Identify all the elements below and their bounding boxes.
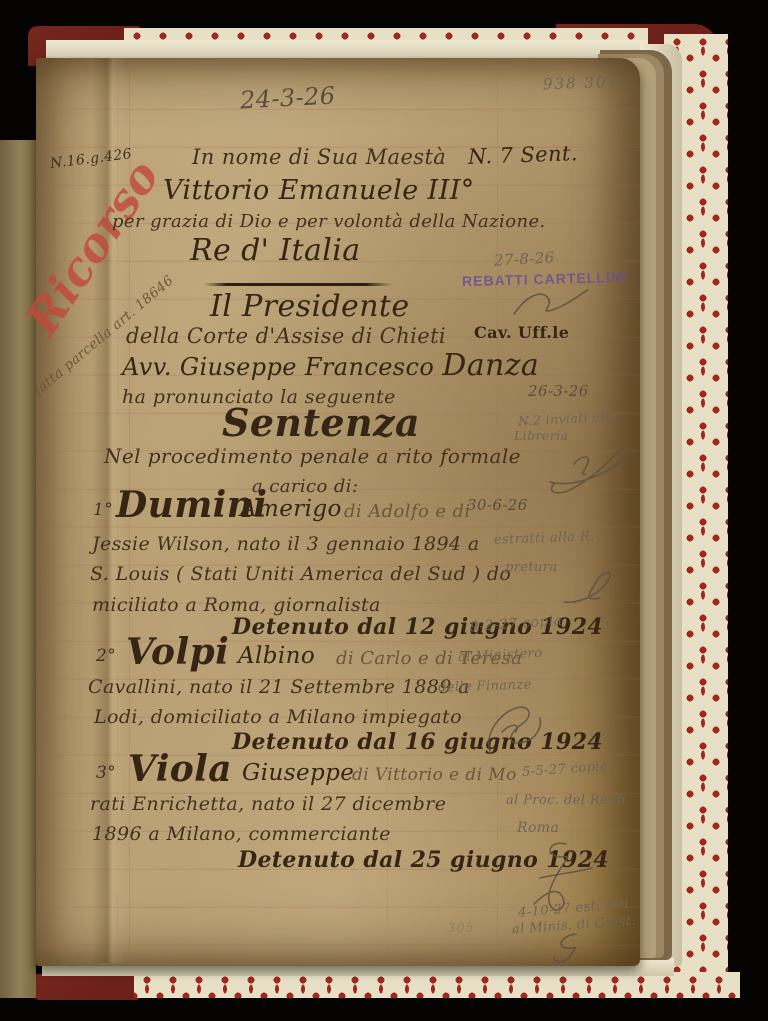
defendant1-firstname: Amerigo <box>240 498 342 521</box>
defendant1-line4: miciliato a Roma, giornalista <box>92 596 381 615</box>
margin-d1-note-a: estratti alla R. <box>494 530 595 547</box>
defendant2-index: 2° <box>96 648 116 665</box>
judge-line: Avv. Giuseppe Francesco Danza <box>122 351 539 381</box>
defendant2-line3: Lodi, domiciliato a Milano impiegato <box>94 708 462 727</box>
invocation-line4: Re d' Italia <box>190 236 361 266</box>
defendant2-surname: Volpi <box>126 634 229 670</box>
defendant3-parents: di Vittorio e di Mo <box>352 767 517 784</box>
photograph-of-register-page: 24-3-26 938 301 N.16.g.426 N. 7 Sent. Ri… <box>0 0 768 1021</box>
defendant3-line2: rati Enrichetta, nato il 27 dicembre <box>90 795 446 814</box>
margin-d1-date: 30-6-26 <box>467 498 528 513</box>
defendant3-line3: 1896 a Milano, commerciante <box>92 825 391 844</box>
margin-d3-note-a: al Proc. del Re di <box>506 794 626 807</box>
court-line: della Corte d'Assise di Chieti <box>126 326 446 347</box>
leather-cover-bottom-left <box>32 974 140 1000</box>
invocation-line2: Vittorio Emanuele III° <box>163 177 475 204</box>
defendant1-line2: Jessie Wilson, nato il 3 gennaio 1894 a <box>92 535 480 554</box>
against-line: a carico di: <box>252 478 358 496</box>
invocation-line3: per grazia di Dio e per volontà della Na… <box>112 213 546 231</box>
procedure-line: Nel procedimento penale a rito formale <box>104 446 521 466</box>
pencil-flourish-libreria <box>540 436 640 496</box>
defendant1-index: 1° <box>93 502 113 519</box>
defendant3-index: 3° <box>96 765 116 782</box>
defendant2-line2: Cavallini, nato il 21 Settembre 1889 a <box>88 678 470 697</box>
invocation-line1: In nome di Sua Maestà <box>192 147 446 168</box>
pencil-flourish-under-stamp <box>508 284 592 322</box>
defendant1-line3: S. Louis ( Stati Uniti America del Sud )… <box>90 565 511 584</box>
pencil-flourish-finanze <box>476 698 548 760</box>
defendant1-parents: di Adolfo e di <box>344 503 471 521</box>
defendant3-firstname: Giuseppe <box>242 762 354 785</box>
pencil-date-top: 24-3-26 <box>239 84 336 113</box>
president-line: Il Presidente <box>210 292 410 322</box>
underlying-page-left-edge <box>0 140 36 998</box>
margin-d3-note-b: Roma <box>517 821 559 835</box>
court-honorific: Cav. Uff.le <box>474 325 569 341</box>
judge-surname: Danza <box>442 348 539 383</box>
archive-numbers: 938 301 <box>543 75 620 93</box>
pencil-flourish-bottom <box>546 930 594 966</box>
sentenza-title: Sentenza <box>222 404 420 442</box>
page-number-pencil: 305 <box>447 922 475 935</box>
judge-names: Avv. Giuseppe Francesco <box>122 353 434 381</box>
margin-d1-note-b: pretura <box>505 561 558 574</box>
pencil-flourish-pretura <box>556 566 618 610</box>
defendant2-firstname: Albino <box>238 645 315 668</box>
stamp-date: 27-8-26 <box>494 250 555 268</box>
sentence-number: N. 7 Sent. <box>468 143 579 168</box>
defendant3-surname: Viola <box>128 751 232 787</box>
margin-d2-note-b: delle Finanze <box>438 678 532 694</box>
margin-sent-date: 26-3-26 <box>528 384 589 399</box>
divider-rule <box>204 283 392 286</box>
